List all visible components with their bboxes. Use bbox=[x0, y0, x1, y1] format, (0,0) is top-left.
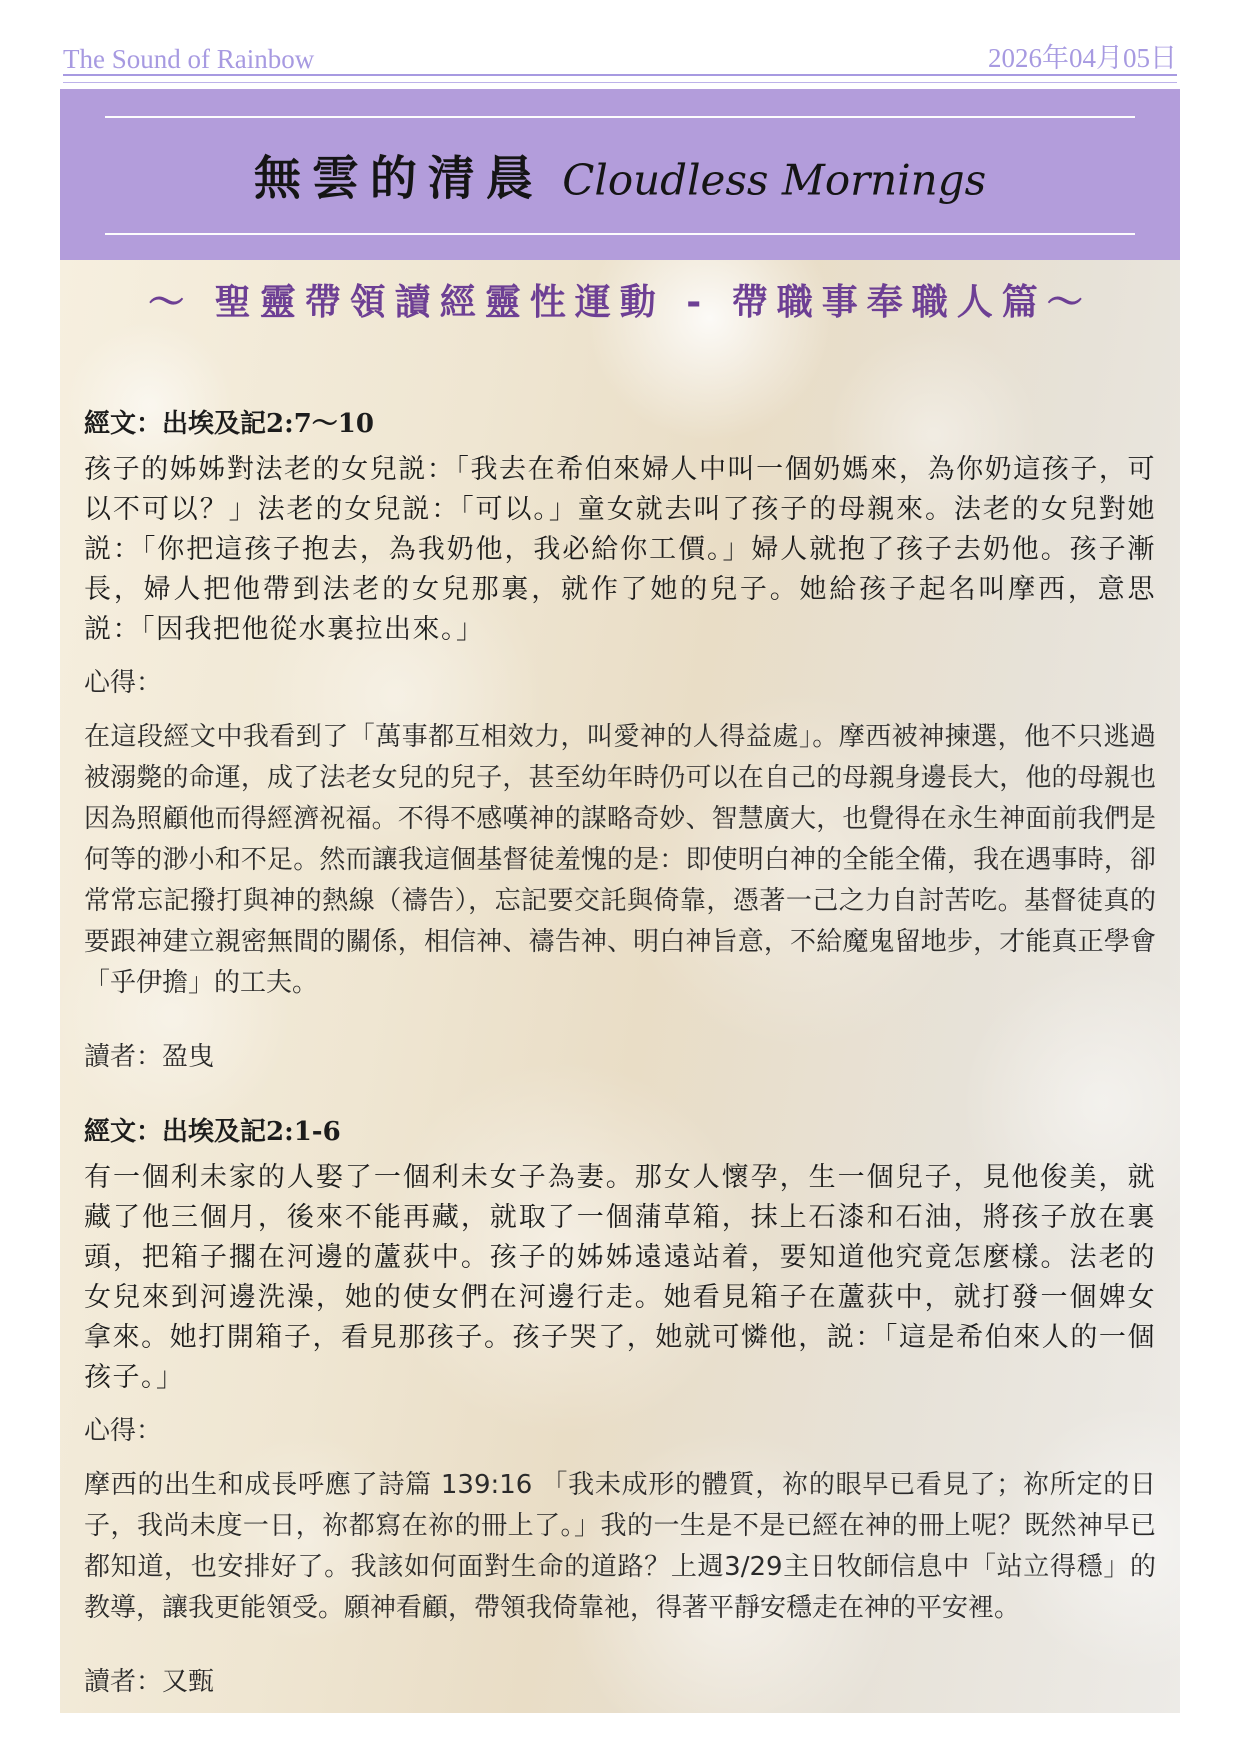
scripture-text-1: 孩子的姊姊對法老的女兒説：「我去在希伯來婦人中叫一個奶媽來，為你奶這孩子，可以不… bbox=[84, 450, 1156, 650]
devotion-section-1: 經文：出埃及記2:7～10 孩子的姊姊對法老的女兒説：「我去在希伯來婦人中叫一個… bbox=[84, 403, 1156, 1073]
banner-top-rule bbox=[105, 116, 1135, 118]
title-banner: 無雲的清晨 Cloudless Mornings bbox=[60, 89, 1180, 260]
scripture-reference-2: 經文：出埃及記2:1-6 bbox=[84, 1111, 1156, 1148]
scripture-text-2: 有一個利未家的人娶了一個利未女子為妻。那女人懷孕，生一個兒子，見他俊美，就藏了他… bbox=[84, 1158, 1156, 1398]
masthead: The Sound of Rainbow 2026年04月05日 bbox=[63, 36, 1177, 75]
masthead-brand: The Sound of Rainbow bbox=[63, 44, 314, 75]
newsletter-page: The Sound of Rainbow 2026年04月05日 無雲的清晨 C… bbox=[0, 0, 1240, 1754]
newsletter-title-en: Cloudless Mornings bbox=[562, 155, 986, 204]
reflection-label-1: 心得： bbox=[84, 662, 1156, 699]
content-sheet: ～ 聖靈帶領讀經靈性運動 - 帶職事奉職人篇～ 經文：出埃及記2:7～10 孩子… bbox=[60, 260, 1180, 1713]
scripture-reference-1: 經文：出埃及記2:7～10 bbox=[84, 403, 1156, 440]
masthead-date: 2026年04月05日 bbox=[988, 36, 1177, 75]
reader-name-1: 讀者：盈曳 bbox=[84, 1036, 1156, 1073]
masthead-rule bbox=[63, 74, 1177, 83]
banner-titles: 無雲的清晨 Cloudless Mornings bbox=[60, 141, 1180, 208]
devotion-section-2: 經文：出埃及記2:1-6 有一個利未家的人娶了一個利未女子為妻。那女人懷孕，生一… bbox=[84, 1111, 1156, 1698]
banner-bottom-rule bbox=[105, 233, 1135, 235]
reflection-text-2: 摩西的出生和成長呼應了詩篇 139:16 「我未成形的體質，祢的眼早已看見了；祢… bbox=[84, 1465, 1156, 1629]
reader-name-2: 讀者：又甄 bbox=[84, 1661, 1156, 1698]
newsletter-title-zh: 無雲的清晨 bbox=[254, 151, 544, 206]
reflection-text-1: 在這段經文中我看到了「萬事都互相效力，叫愛神的人得益處」。摩西被神揀選，他不只逃… bbox=[84, 717, 1156, 1004]
series-heading: ～ 聖靈帶領讀經靈性運動 - 帶職事奉職人篇～ bbox=[84, 274, 1156, 325]
reflection-label-2: 心得： bbox=[84, 1410, 1156, 1447]
